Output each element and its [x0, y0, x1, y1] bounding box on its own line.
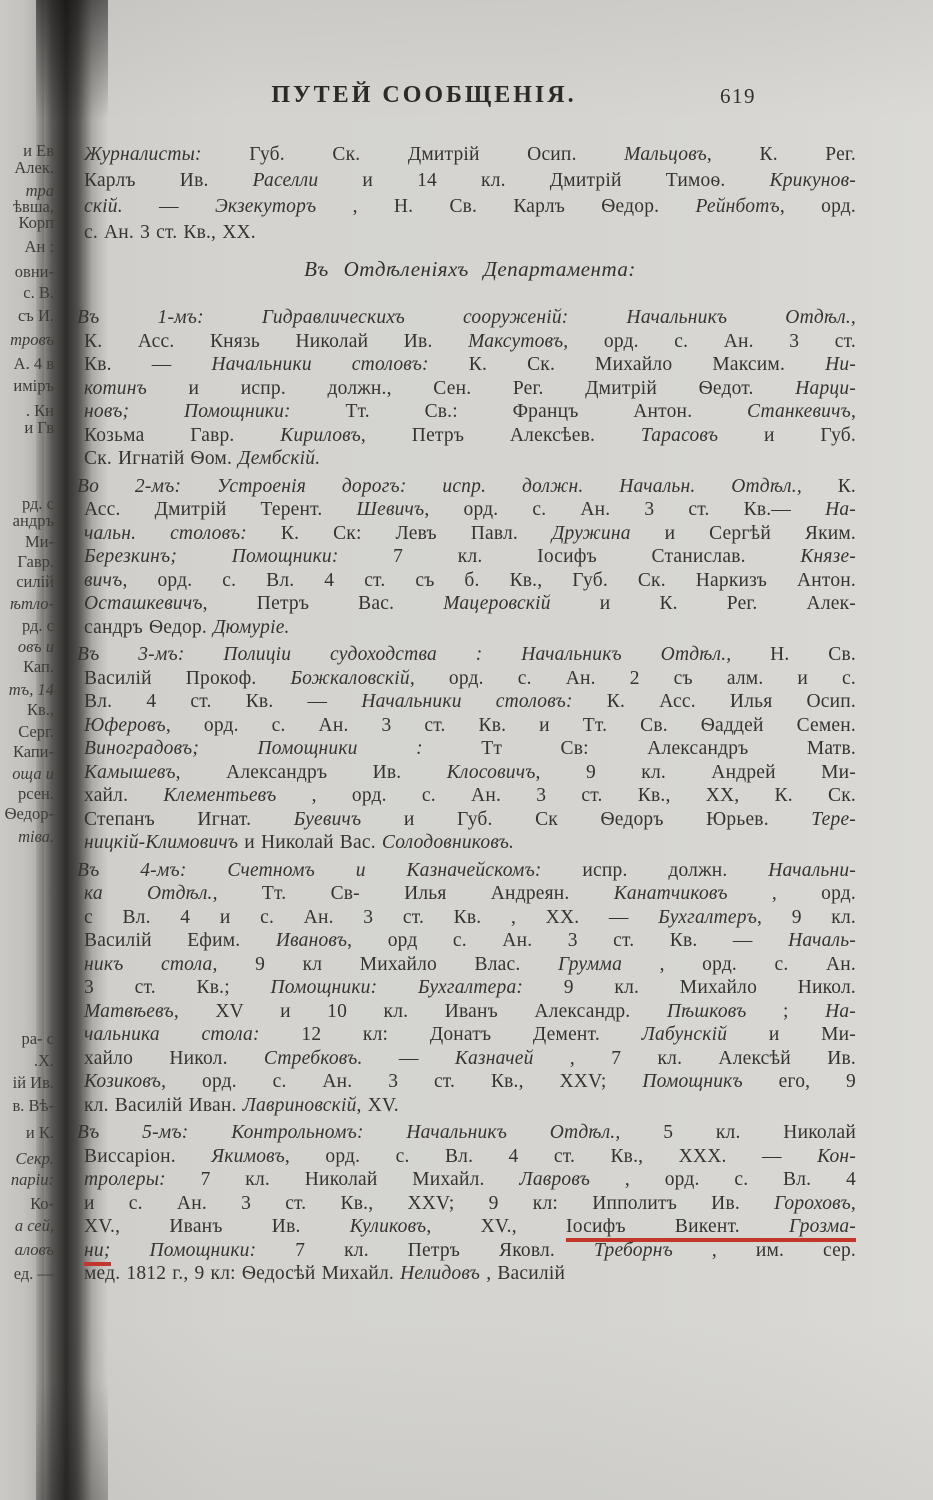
italic-text: Бухгалтеръ — [658, 907, 757, 928]
margin-fragment: Гавр. — [0, 552, 54, 572]
text-line: Ск. Игнатій Ѳом. Дембскій. — [84, 447, 856, 471]
italic-text: На- — [825, 499, 856, 520]
italic-text: Помощники: — [184, 401, 291, 422]
margin-fragment: Ѳедор- — [0, 804, 54, 824]
italic-text: Станкевичъ — [747, 401, 851, 422]
margin-fragment: андръ — [0, 511, 54, 531]
italic-text: Нарци- — [795, 378, 856, 399]
text-line: Виноградовъ; Помощники : Тт Св: Александ… — [84, 737, 856, 761]
margin-fragment: ій Ив. — [0, 1073, 54, 1093]
running-title: ПУТЕЙ СООБЩЕНІЯ. — [144, 82, 704, 109]
italic-text: Ивановъ — [276, 930, 347, 951]
italic-text: вичъ — [84, 570, 122, 591]
italic-text: котинъ — [84, 378, 147, 399]
italic-text: Максутовъ — [468, 331, 563, 352]
italic-text: чальника стола: — [84, 1024, 260, 1045]
italic-text: никъ стола — [84, 954, 213, 975]
text-line: кл. Василій Иван. Лавриновскій, XV. — [84, 1094, 856, 1118]
italic-text: Раселли — [253, 170, 319, 191]
paragraph-journalists: Журналисты: Губ. Ск. Дмитрій Осип. Мальц… — [84, 142, 856, 246]
italic-text: Князе- — [800, 546, 856, 567]
text-line: Во 2-мъ: Устроенія дорогъ: испр. должн. … — [77, 475, 856, 499]
margin-fragment: с. В. — [0, 283, 54, 303]
text-line: тролеры: 7 кл. Николай Михайл. Лавровъ ,… — [84, 1168, 856, 1192]
italic-text: Въ 4-мъ: Счетномъ и Казначейскомъ: — [77, 860, 542, 881]
text-line: Кв. — Начальники столовъ: К. Ск. Михайло… — [84, 353, 856, 377]
italic-text: На- — [825, 1001, 856, 1022]
margin-fragment: Ми- — [0, 532, 54, 552]
margin-fragment: овъ и — [0, 637, 54, 657]
italic-text: Божкаловскій — [290, 668, 409, 689]
italic-text: Журналисты: — [84, 144, 202, 165]
italic-text: Осташкевичъ — [84, 593, 203, 614]
italic-text: Треборнъ — [594, 1240, 673, 1261]
text-line: Въ 5-мъ: Контрольномъ: Начальникъ Отдѣл.… — [77, 1121, 856, 1145]
margin-fragment: оща и — [0, 764, 54, 784]
italic-text: Козиковъ — [84, 1071, 161, 1092]
italic-text: Въ 3-мъ: Полиціи судоходства : Начальник… — [77, 644, 731, 665]
text-line: Козьма Гавр. Кириловъ, Петръ Алексѣев. Т… — [84, 424, 856, 448]
facing-page-text-fragments: и ЕвАлек.траѣвша,КорпАн :овни-с. В.съ И.… — [0, 0, 60, 1500]
italic-text: Помощники : — [258, 738, 423, 759]
margin-fragment: аловъ — [0, 1240, 54, 1260]
italic-text: ницкій-Климовичъ — [84, 832, 238, 853]
italic-text: Юферовъ — [84, 715, 166, 736]
italic-text: Матвѣевъ — [84, 1001, 174, 1022]
italic-text: Казначей — [455, 1048, 534, 1069]
italic-text: ка Отдѣл. — [84, 883, 213, 904]
margin-fragment: Секр. — [0, 1149, 54, 1169]
margin-fragment: Алек. — [0, 158, 54, 178]
section-paragraph: Въ 1-мъ: Гидравлическихъ сооруженій: Нач… — [84, 306, 856, 471]
scanned-book-page: и ЕвАлек.траѣвша,КорпАн :овни-с. В.съ И.… — [0, 0, 933, 1500]
margin-fragment: Кап. — [0, 657, 54, 677]
text-line: Карлъ Ив. Раселли и 14 кл. Дмитрій Тимоѳ… — [84, 168, 856, 194]
margin-fragment: овни- — [0, 262, 54, 282]
margin-fragment: и Гв — [0, 418, 54, 438]
italic-text: Въ 5-мъ: Контрольномъ: Начальникъ Отдѣл.… — [77, 1122, 620, 1143]
margin-fragment: А. 4 в — [0, 354, 54, 374]
margin-fragment: а сей, — [0, 1216, 54, 1236]
text-line: котинъ и испр. должн., Сен. Рег. Дмитрій… — [84, 377, 856, 401]
text-line: Степанъ Игнат. Буевичъ и Губ. Ск Ѳедоръ … — [84, 808, 856, 832]
italic-text: Клосовичъ — [447, 762, 536, 783]
italic-text: Нелидовъ — [400, 1263, 480, 1284]
text-line: Василій Ефим. Ивановъ, орд с. Ан. 3 ст. … — [84, 929, 856, 953]
text-line: Журналисты: Губ. Ск. Дмитрій Осип. Мальц… — [84, 142, 856, 168]
section-heading: Въ Отдѣленіяхъ Департамента: — [84, 254, 856, 284]
italic-text: Ни- — [825, 354, 856, 375]
text-line: хайло Никол. Стребковъ. — Казначей , 7 к… — [84, 1047, 856, 1071]
italic-text: Помощники: — [149, 1240, 256, 1261]
text-line: с Вл. 4 и с. Ан. 3 ст. Кв. , XX. — Бухга… — [84, 906, 856, 930]
text-line: Василій Прокоф. Божкаловскій, орд. с. Ан… — [84, 667, 856, 691]
text-line: ни; Помощники: 7 кл. Петръ Яковл. Требор… — [84, 1239, 856, 1263]
margin-fragment: рд. с — [0, 616, 54, 636]
italic-text: Лавровъ — [519, 1169, 590, 1190]
italic-text: Начальники столовъ: — [361, 691, 572, 712]
margin-fragment: ед. — — [0, 1264, 54, 1284]
italic-text: Во 2-мъ: Устроенія дорогъ: испр. должн. … — [77, 476, 802, 497]
italic-text: Рейнботъ — [695, 196, 779, 217]
italic-text: новъ; — [84, 401, 129, 422]
text-line: Вл. 4 ст. Кв. — Начальники столовъ: К. А… — [84, 690, 856, 714]
text-line: с. Ан. 3 ст. Кв., XX. — [84, 220, 856, 246]
text-line: сандръ Ѳедор. Дюмуріе. — [84, 616, 856, 640]
section-paragraph: Во 2-мъ: Устроенія дорогъ: испр. должн. … — [84, 475, 856, 640]
text-line: К. Асс. Князь Николай Ив. Максутовъ, орд… — [84, 330, 856, 354]
text-line: Юферовъ, орд. с. Ан. 3 ст. Кв. и Тт. Св.… — [84, 714, 856, 738]
margin-fragment: рсен. — [0, 784, 54, 804]
italic-text: Крикунов- — [770, 170, 856, 191]
margin-fragment: в. Вѣ- — [0, 1096, 54, 1116]
italic-text: Буевичъ — [294, 809, 362, 830]
margin-fragment: .X. — [0, 1051, 54, 1071]
italic-text: Канатчиковъ — [614, 883, 728, 904]
margin-fragment: Кв., — [0, 700, 54, 720]
text-line: Въ 1-мъ: Гидравлическихъ сооруженій: Нач… — [77, 306, 856, 330]
italic-text: Клементьевъ — [163, 785, 276, 806]
italic-text: тролеры: — [84, 1169, 166, 1190]
italic-text: Помощникъ — [642, 1071, 742, 1092]
text-line: новъ; Помощники: Тт. Св.: Францъ Антон. … — [84, 400, 856, 424]
margin-fragment: иміръ — [0, 376, 54, 396]
page-content: ПУТЕЙ СООБЩЕНІЯ. 619 Журналисты: Губ. Ск… — [84, 82, 856, 1286]
italic-text: Началь- — [788, 930, 856, 951]
text-line: Камышевъ, Александръ Ив. Клосовичъ, 9 кл… — [84, 761, 856, 785]
margin-fragment: тіва. — [0, 827, 54, 847]
italic-text: скій. — [84, 196, 123, 217]
italic-text: Начальники столовъ: — [211, 354, 428, 375]
text-line: XV., Иванъ Ив. Куликовъ, XV., Іосифъ Вик… — [84, 1215, 856, 1239]
text-line: хайл. Клементьевъ , орд. с. Ан. 3 ст. Кв… — [84, 784, 856, 808]
italic-text: Пѣшковъ — [667, 1001, 747, 1022]
margin-fragment: Капи- — [0, 742, 54, 762]
italic-text: Дюмуріе. — [213, 617, 290, 638]
italic-text: Тере- — [811, 809, 856, 830]
section-paragraph: Въ 4-мъ: Счетномъ и Казначейскомъ: испр.… — [84, 859, 856, 1118]
italic-text: Лавриновскій — [243, 1095, 357, 1116]
italic-text: Дембскій. — [238, 448, 320, 469]
text-line: 3 ст. Кв.; Помощники: Бухгалтера: 9 кл. … — [84, 976, 856, 1000]
italic-text: Помощники: Бухгалтера: — [271, 977, 524, 998]
text-line: Козиковъ, орд. с. Ан. 3 ст. Кв., XXV; По… — [84, 1070, 856, 1094]
margin-fragment: паріи: — [0, 1170, 54, 1190]
section-paragraph: Въ 5-мъ: Контрольномъ: Начальникъ Отдѣл.… — [84, 1121, 856, 1286]
text-line: ницкій-Климовичъ и Николай Вас. Солодовн… — [84, 831, 856, 855]
margin-fragment: тъ, 14 — [0, 680, 54, 700]
italic-text: Мальцовъ — [624, 144, 707, 165]
text-line: чальника стола: 12 кл: Донатъ Демент. Ла… — [84, 1023, 856, 1047]
italic-text: Якимовъ — [211, 1146, 285, 1167]
italic-text: Стребковъ. — [264, 1048, 363, 1069]
italic-text: Гороховъ — [774, 1193, 851, 1214]
text-line: и с. Ан. 3 ст. Кв., XXV; 9 кл: Ипполитъ … — [84, 1192, 856, 1216]
page-header: ПУТЕЙ СООБЩЕНІЯ. 619 — [84, 82, 856, 142]
italic-text: Грумма — [558, 954, 622, 975]
text-line: скій. — Экзекуторъ , Н. Св. Карлъ Ѳедор.… — [84, 194, 856, 220]
italic-text: Въ 1-мъ: Гидравлическихъ сооруженій: Нач… — [77, 307, 856, 328]
margin-fragment: Серг. — [0, 722, 54, 742]
italic-text: Начальни- — [768, 860, 856, 881]
text-line: Въ 3-мъ: Полиціи судоходства : Начальник… — [77, 643, 856, 667]
margin-fragment: силій — [0, 572, 54, 592]
italic-text: Шевичъ — [357, 499, 425, 520]
margin-fragment: и К. — [0, 1123, 54, 1143]
department-sections: Въ 1-мъ: Гидравлическихъ сооруженій: Нач… — [84, 306, 856, 1286]
text-line: Въ 4-мъ: Счетномъ и Казначейскомъ: испр.… — [77, 859, 856, 883]
text-line: чальн. столовъ: К. Ск: Левъ Павл. Дружин… — [84, 522, 856, 546]
margin-fragment: съ И. — [0, 306, 54, 326]
italic-text: Солодовниковъ. — [382, 832, 514, 853]
italic-text: Экзекуторъ — [215, 196, 316, 217]
italic-text: Камышевъ — [84, 762, 176, 783]
italic-text: Мацеровскій — [443, 593, 550, 614]
italic-text: Тарасовъ — [641, 425, 718, 446]
text-line: Асс. Дмитрій Терент. Шевичъ, орд. с. Ан.… — [84, 498, 856, 522]
margin-fragment: Ко- — [0, 1194, 54, 1214]
italic-text: Лабунскій — [642, 1024, 728, 1045]
italic-text: Кириловъ — [280, 425, 361, 446]
text-line: вичъ, орд. с. Вл. 4 ст. съ б. Кв., Губ. … — [84, 569, 856, 593]
italic-text: чальн. столовъ: — [84, 523, 247, 544]
text-line: Матвѣевъ, XV и 10 кл. Иванъ Александр. П… — [84, 1000, 856, 1024]
page-number: 619 — [720, 84, 756, 109]
margin-fragment: Ан : — [0, 237, 54, 257]
text-line: никъ стола, 9 кл Михайло Влас. Грумма , … — [84, 953, 856, 977]
text-line: Березкинъ; Помощники: 7 кл. Іосифъ Стани… — [84, 545, 856, 569]
section-paragraph: Въ 3-мъ: Полиціи судоходства : Начальник… — [84, 643, 856, 855]
margin-fragment: ѣтло- — [0, 594, 54, 614]
italic-text: Помощники: — [232, 546, 339, 567]
margin-fragment: ра- с — [0, 1029, 54, 1049]
text-line: Виссаріон. Якимовъ, орд. с. Вл. 4 ст. Кв… — [84, 1145, 856, 1169]
text-line: ка Отдѣл., Тт. Св- Илья Андреян. Канатчи… — [84, 882, 856, 906]
text-line: мед. 1812 г., 9 кл: Ѳедосѣй Михайл. Нели… — [84, 1262, 856, 1286]
margin-fragment: тровъ — [0, 330, 54, 350]
italic-text: Куликовъ — [350, 1216, 427, 1237]
italic-text: Виноградовъ; — [84, 738, 199, 759]
margin-fragment: Корп — [0, 213, 54, 233]
italic-text: Дружина — [552, 523, 631, 544]
italic-text: Кон- — [817, 1146, 856, 1167]
text-line: Осташкевичъ, Петръ Вас. Мацеровскій и К.… — [84, 592, 856, 616]
italic-text: Березкинъ; — [84, 546, 177, 567]
